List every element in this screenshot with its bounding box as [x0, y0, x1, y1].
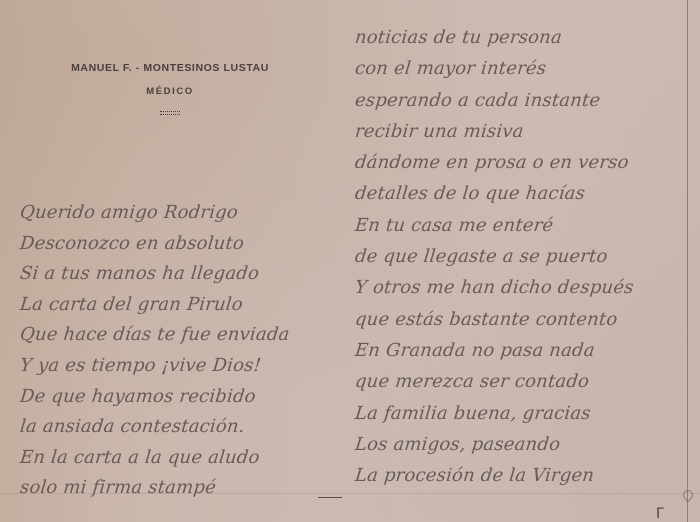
letter-line: En tu casa me enteré	[353, 210, 676, 241]
letter-line: con el mayor interés	[353, 53, 676, 84]
letter-line: que estás bastante contento	[353, 304, 676, 335]
left-column-text: Querido amigo Rodrigo Desconozco en abso…	[20, 198, 340, 504]
letter-line: En Granada no pasa nada	[353, 335, 676, 366]
letter-line: Desconozco en absoluto	[18, 229, 341, 260]
letter-line: recibir una misiva	[353, 116, 676, 147]
letter-line: detalles de lo que hacías	[353, 178, 676, 209]
letter-line: Que hace días te fue enviada	[18, 320, 341, 351]
ink-dash	[318, 497, 342, 498]
letter-line: La procesión de la Virgen	[353, 460, 676, 491]
letter-line: dándome en prosa o en verso	[353, 147, 676, 178]
margin-rule	[687, 0, 688, 522]
letter-line: Y ya es tiempo ¡vive Dios!	[18, 351, 341, 382]
corner-mark: Г	[656, 506, 665, 522]
letter-line: que merezca ser contado	[353, 366, 676, 397]
letterhead-name: MANUEL F. - MONTESINOS LUSTAU	[40, 62, 300, 74]
letter-line: de que llegaste a se puerto	[353, 241, 676, 272]
letter-line: La familia buena, gracias	[353, 398, 676, 429]
letter-line: la ansiada contestación.	[18, 412, 341, 443]
letter-line: La carta del gran Pirulo	[18, 290, 341, 321]
letter-line: Querido amigo Rodrigo	[18, 198, 341, 229]
letter-line: En la carta a la que aludo	[18, 443, 341, 474]
letter-line: De que hayamos recibido	[18, 382, 341, 413]
letter-line: solo mi firma stampé	[18, 473, 341, 504]
letter-line: Si a tus manos ha llegado	[18, 259, 341, 290]
letter-line: Los amigos, paseando	[353, 429, 676, 460]
letterhead-ornament	[160, 111, 180, 115]
letterhead: MANUEL F. - MONTESINOS LUSTAU MÉDICO	[40, 62, 300, 115]
letter-line: noticias de tu persona	[353, 22, 676, 53]
right-column-text: noticias de tu persona con el mayor inte…	[355, 22, 675, 491]
letter-line: esperando a cada instante	[353, 85, 676, 116]
letter-line: Y otros me han dicho después	[353, 272, 676, 303]
letterhead-title: MÉDICO	[40, 86, 300, 97]
